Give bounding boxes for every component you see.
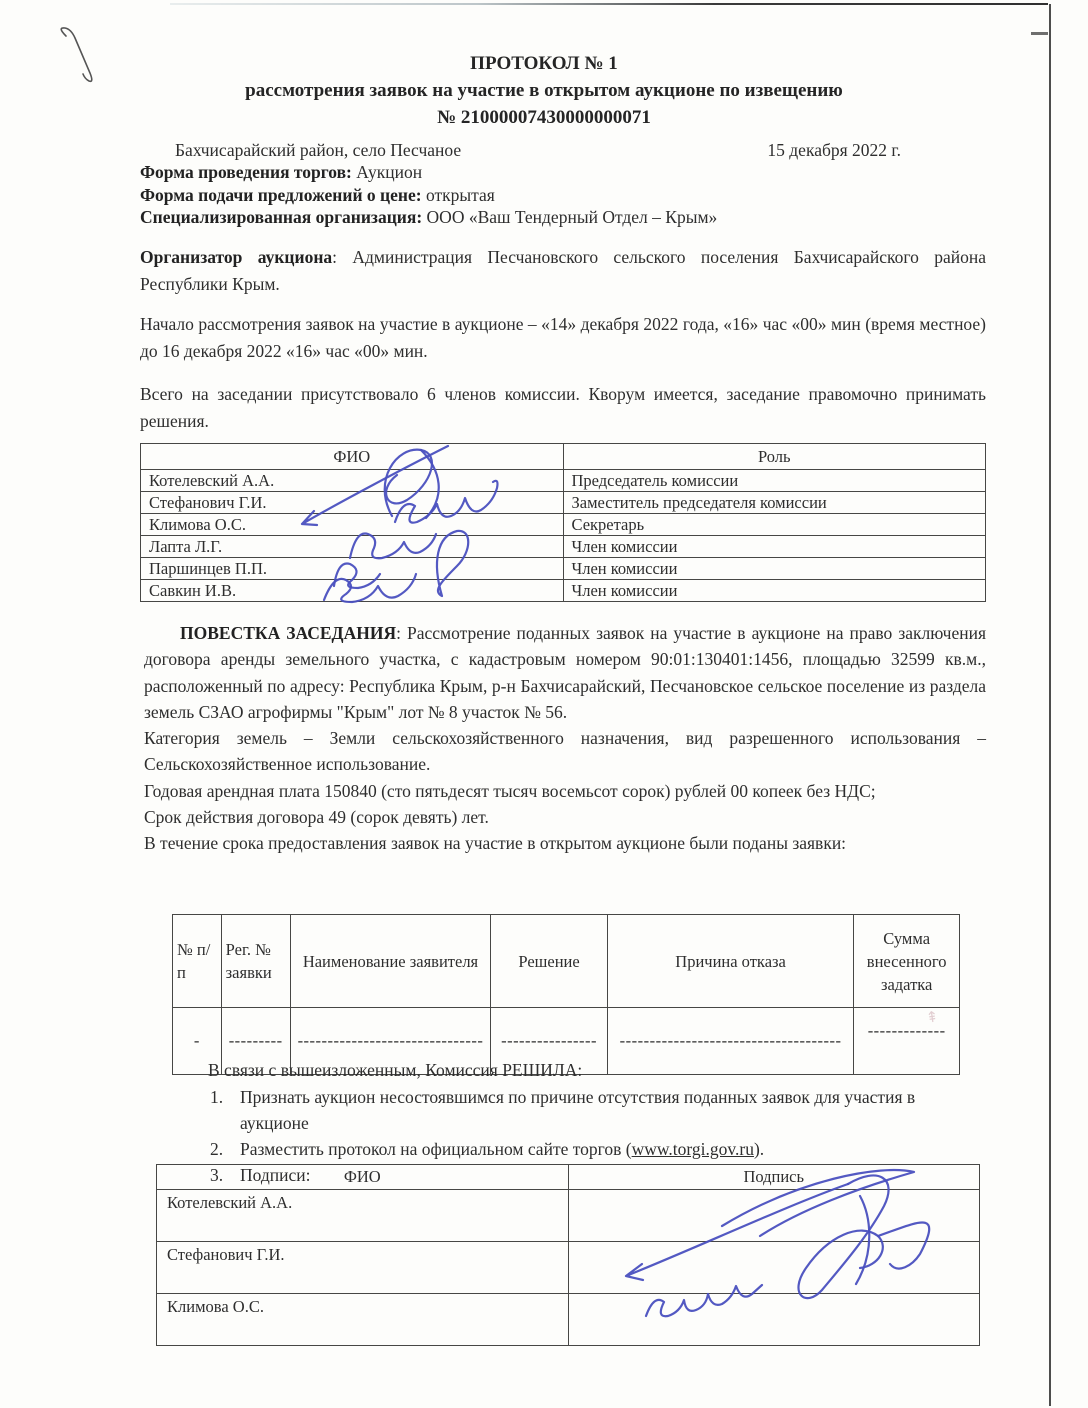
table-row: Стефанович Г.И. Заместитель председателя…	[141, 492, 986, 514]
member-name: Климова О.С.	[141, 514, 564, 536]
signs-header-name: ФИО	[157, 1165, 569, 1190]
apps-header-number: № п/п	[173, 915, 222, 1008]
scanned-protocol-page: ⇞ ПРОТОКОЛ № 1 рассмотрения заявок на уч…	[0, 0, 1088, 1408]
apps-header-reg: Рег. № заявки	[221, 915, 290, 1008]
signer-name: Климова О.С.	[157, 1294, 569, 1346]
signs-header-signature: Подпись	[568, 1165, 980, 1190]
member-name: Стефанович Г.И.	[141, 492, 564, 514]
scan-artifact-right-line	[1049, 4, 1051, 1406]
list-item-number: 1.	[210, 1084, 240, 1136]
scan-artifact-right-tick	[1031, 32, 1048, 35]
signature-cell	[568, 1242, 980, 1294]
table-row: Стефанович Г.И.	[157, 1242, 980, 1294]
annual-rent-text: Годовая арендная плата 150840 (сто пятьд…	[144, 778, 986, 804]
list-item-text: Признать аукцион несостоявшимся по причи…	[240, 1084, 980, 1136]
commission-header-name: ФИО	[141, 444, 564, 470]
apps-header-refusal: Причина отказа	[607, 915, 854, 1008]
agenda-section: ПОВЕСТКА ЗАСЕДАНИЯ: Рассмотрение поданны…	[144, 620, 986, 857]
member-role: Председатель комиссии	[563, 470, 986, 492]
member-role: Секретарь	[563, 514, 986, 536]
apps-header-decision: Решение	[491, 915, 608, 1008]
table-row: Климова О.С. Секретарь	[141, 514, 986, 536]
table-row: Котелевский А.А. Председатель комиссии	[141, 470, 986, 492]
signatures-table: ФИО Подпись Котелевский А.А. Стефанович …	[156, 1164, 980, 1346]
organizer-paragraph: Организатор аукциона: Администрация Песч…	[140, 244, 986, 298]
specialized-org-label: Специализированная организация:	[140, 207, 422, 227]
scan-artifact-top-line	[170, 3, 1048, 5]
signature-cell	[568, 1294, 980, 1346]
member-name: Паршинцев П.П.	[141, 558, 564, 580]
member-name: Котелевский А.А.	[141, 470, 564, 492]
list-item-number: 2.	[210, 1136, 240, 1162]
commission-header-role: Роль	[563, 444, 986, 470]
location-text: Бахчисарайский район, село Песчаное	[140, 140, 461, 160]
list-item: 1. Признать аукцион несостоявшимся по пр…	[210, 1084, 980, 1136]
list-item-text: ).	[754, 1139, 764, 1159]
price-form-label: Форма подачи предложений о цене:	[140, 185, 422, 205]
table-row: Климова О.С.	[157, 1294, 980, 1346]
organizer-label: Организатор аукциона	[140, 247, 332, 267]
resolution-intro: В связи с вышеизложенным, Комиссия РЕШИЛ…	[208, 1060, 968, 1081]
contract-term-text: Срок действия договора 49 (сорок девять)…	[144, 804, 986, 830]
commission-table: ФИО Роль Котелевский А.А. Председатель к…	[140, 443, 986, 602]
list-item-text: Разместить протокол на официальном сайте…	[240, 1139, 632, 1159]
member-role: Член комиссии	[563, 536, 986, 558]
signer-name: Котелевский А.А.	[157, 1190, 569, 1242]
auction-form-value: Аукцион	[352, 162, 422, 182]
agenda-label: ПОВЕСТКА ЗАСЕДАНИЯ	[180, 623, 396, 643]
torgi-url-text: www.torgi.gov.ru	[632, 1139, 754, 1159]
document-header: ПРОТОКОЛ № 1 рассмотрения заявок на учас…	[0, 50, 1088, 131]
apps-header-deposit: Сумма внесенного задатка	[854, 915, 960, 1008]
applications-intro-text: В течение срока предоставления заявок на…	[144, 830, 986, 856]
document-date: 15 декабря 2022 г.	[767, 139, 901, 161]
member-name: Лапта Л.Г.	[141, 536, 564, 558]
price-form-value: открытая	[422, 185, 495, 205]
document-title: ПРОТОКОЛ № 1	[0, 50, 1088, 77]
specialized-org-value: ООО «Ваш Тендерный Отдел – Крым»	[422, 207, 717, 227]
review-start-paragraph: Начало рассмотрения заявок на участие в …	[140, 311, 986, 365]
notice-number: № 21000007430000000071	[0, 104, 1088, 131]
apps-header-applicant: Наименование заявителя	[290, 915, 491, 1008]
quorum-paragraph: Всего на заседании присутствовало 6 член…	[140, 381, 986, 435]
table-row: Савкин И.В. Член комиссии	[141, 580, 986, 602]
signature-cell	[568, 1190, 980, 1242]
member-name: Савкин И.В.	[141, 580, 564, 602]
meta-block: Бахчисарайский район, село Песчаное 15 д…	[140, 139, 986, 229]
land-category-text: Категория земель – Земли сельскохозяйств…	[144, 725, 986, 778]
member-role: Член комиссии	[563, 558, 986, 580]
table-row: Лапта Л.Г. Член комиссии	[141, 536, 986, 558]
auction-form-label: Форма проведения торгов:	[140, 162, 352, 182]
list-item: 2. Разместить протокол на официальном са…	[210, 1136, 980, 1162]
table-row: Котелевский А.А.	[157, 1190, 980, 1242]
applications-table: № п/п Рег. № заявки Наименование заявите…	[172, 914, 960, 1075]
document-subtitle: рассмотрения заявок на участие в открыто…	[0, 77, 1088, 104]
member-role: Заместитель председателя комиссии	[563, 492, 986, 514]
table-row: Паршинцев П.П. Член комиссии	[141, 558, 986, 580]
signer-name: Стефанович Г.И.	[157, 1242, 569, 1294]
member-role: Член комиссии	[563, 580, 986, 602]
